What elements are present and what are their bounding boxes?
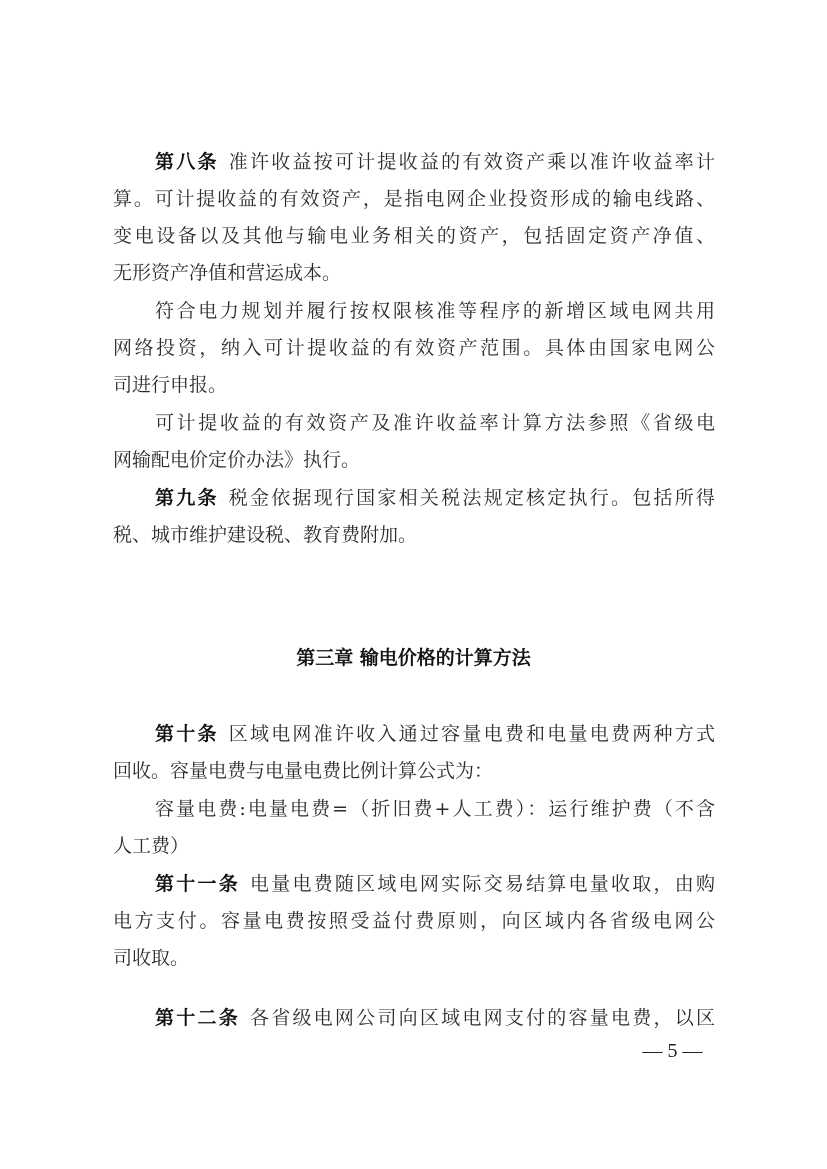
article-9-line-2: 税、城市维护建设税、教育费附加。 (113, 523, 715, 547)
article-11-line-2: 电方支付。容量电费按照受益付费原则，向区域内各省级电网公 (113, 909, 715, 933)
article-11-line-1: 第十一条电量电费随区域电网实际交易结算电量收取，由购 (155, 872, 715, 896)
article-8-para2-line-1: 符合电力规划并履行按权限核准等程序的新增区域电网共用 (155, 299, 715, 323)
article-12-heading: 第十二条 (155, 1007, 240, 1029)
article-10-heading: 第十条 (155, 723, 219, 745)
article-8-para3-line-2: 网输配电价定价办法》执行。 (113, 448, 715, 472)
article-8-line-1: 第八条准许收益按可计提收益的有效资产乘以准许收益率计 (155, 150, 715, 174)
article-8-heading: 第八条 (155, 151, 219, 173)
chapter-title: 第三章 输电价格的计算方法 (0, 643, 827, 670)
article-9-heading: 第九条 (155, 487, 219, 509)
article-10-formula-line-2: 人工费） (113, 834, 715, 858)
article-10-line-1: 第十条区域电网准许收入通过容量电费和电量电费两种方式 (155, 722, 715, 746)
document-page: 第八条准许收益按可计提收益的有效资产乘以准许收益率计 算。可计提收益的有效资产，… (0, 0, 827, 1169)
article-10-line-2: 回收。容量电费与电量电费比例计算公式为： (113, 759, 715, 783)
article-8-line-3: 变电设备以及其他与输电业务相关的资产，包括固定资产净值、 (113, 224, 715, 248)
page-number: — 5 — (630, 1040, 715, 1063)
article-12-line-1: 第十二条各省级电网公司向区域电网支付的容量电费，以区 (155, 1006, 715, 1030)
article-8-line-4: 无形资产净值和营运成本。 (113, 261, 715, 285)
article-8-para3-line-1: 可计提收益的有效资产及准许收益率计算方法参照《省级电 (155, 411, 715, 435)
article-9-line-1: 第九条税金依据现行国家相关税法规定核定执行。包括所得 (155, 486, 715, 510)
article-11-line-3: 司收取。 (113, 946, 715, 970)
article-11-heading: 第十一条 (155, 873, 240, 895)
article-8-para2-line-3: 司进行申报。 (113, 373, 715, 397)
article-10-formula-line-1: 容量电费:电量电费=（折旧费+人工费）：运行维护费（不含 (155, 797, 715, 821)
article-8-line-2: 算。可计提收益的有效资产，是指电网企业投资形成的输电线路、 (113, 187, 715, 211)
article-8-para2-line-2: 网络投资，纳入可计提收益的有效资产范围。具体由国家电网公 (113, 336, 715, 360)
